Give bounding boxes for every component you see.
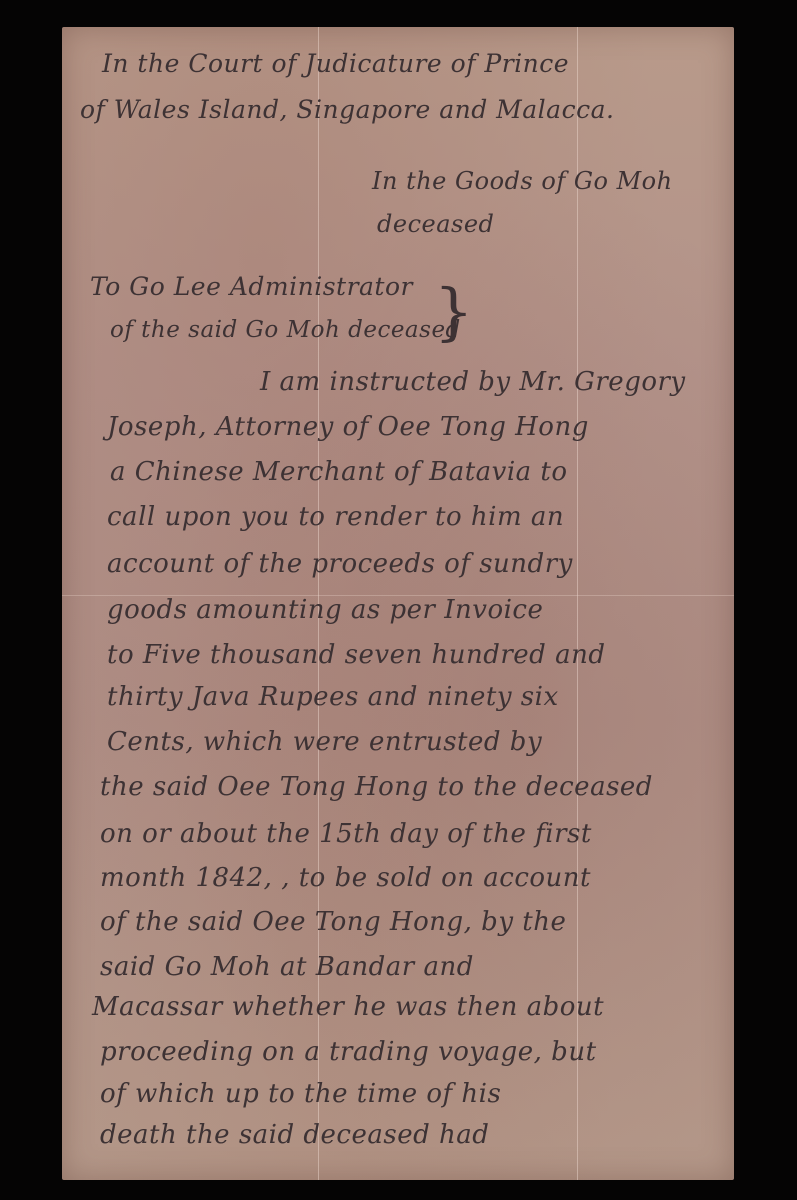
goods-heading-line-2: deceased [377,210,494,238]
court-heading-line-1: In the Court of Judicature of Prince [102,49,569,78]
addressee-brace: } [434,275,473,348]
body-line: of the said Oee Tong Hong, by the [100,907,566,937]
document-page: In the Court of Judicature of Prince of … [62,27,734,1180]
body-line: month 1842, , to be sold on account [100,863,591,893]
body-line: I am instructed by Mr. Gregory [260,367,686,397]
body-line: Cents, which were entrusted by [107,727,542,757]
body-line: proceeding on a trading voyage, but [100,1037,597,1067]
body-line: said Go Moh at Bandar and [100,952,474,982]
body-line: on or about the 15th day of the first [100,819,592,849]
court-heading-line-2: of Wales Island, Singapore and Malacca. [80,95,614,124]
body-line: Joseph, Attorney of Oee Tong Hong [107,412,589,442]
body-line: death the said deceased had [100,1120,489,1150]
goods-heading-line-1: In the Goods of Go Moh [372,167,673,195]
body-line: the said Oee Tong Hong to the deceased [100,772,653,802]
body-line: Macassar whether he was then about [92,992,604,1022]
body-line: a Chinese Merchant of Batavia to [110,457,568,487]
body-line: goods amounting as per Invoice [107,595,543,625]
body-line: call upon you to render to him an [107,502,564,532]
addressee-line-2: of the said Go Moh deceased [110,317,461,343]
body-line: to Five thousand seven hundred and [107,640,605,670]
addressee-line-1: To Go Lee Administrator [90,272,413,301]
body-line: thirty Java Rupees and ninety six [107,682,559,712]
body-line: of which up to the time of his [100,1079,501,1109]
body-line: account of the proceeds of sundry [107,549,573,579]
